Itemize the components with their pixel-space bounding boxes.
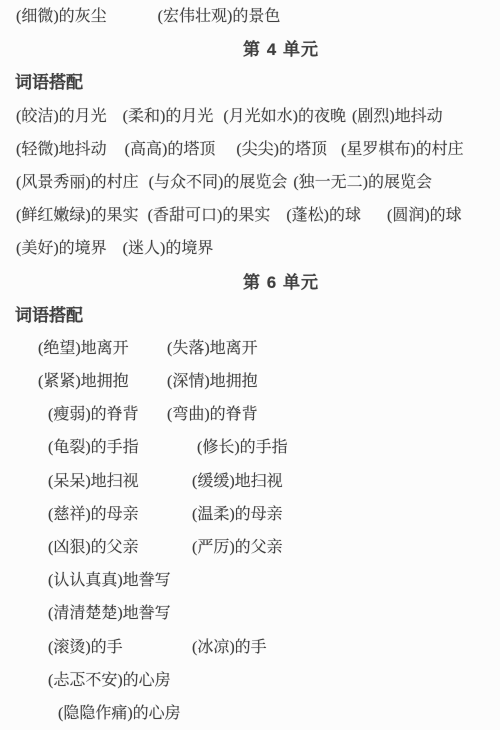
row-left: (绝望)地离开	[38, 332, 167, 365]
row-left: (忐忑不安)的心房	[48, 664, 171, 697]
collocation-item: (剧烈)地抖动	[352, 108, 443, 125]
collocation-row: (慈祥)的母亲(温柔)的母亲	[0, 498, 500, 531]
row-left: (龟裂)的手指	[48, 431, 197, 464]
row-right: (深情)地拥抱	[167, 373, 258, 390]
row-left: (认认真真)地誊写	[48, 564, 171, 597]
collocation-row: (清清楚楚)地誊写	[0, 597, 500, 630]
collocation-item: (鲜红嫩绿)的果实	[16, 207, 139, 224]
collocation-row: (凶狠)的父亲(严厉)的父亲	[0, 531, 500, 564]
collocation-row: (呆呆)地扫视(缓缓)地扫视	[0, 465, 500, 498]
collocation-line: (美好)的境界(迷人)的境界	[0, 232, 500, 265]
row-right: (弯曲)的脊背	[167, 406, 258, 423]
collocation-item: (柔和)的月光	[123, 108, 214, 125]
collocation-line: (轻微)地抖动(高高)的塔顶(尖尖)的塔顶(星罗棋布)的村庄	[0, 133, 500, 166]
collocation-row: (隐隐作痛)的心房	[0, 697, 500, 730]
collocation-row: (滚烫)的手(冰凉)的手	[0, 631, 500, 664]
collocation-line: (皎洁)的月光(柔和)的月光(月光如水)的夜晚(剧烈)地抖动	[0, 100, 500, 133]
unit-4-section-title: 词语搭配	[0, 66, 500, 99]
row-left: (慈祥)的母亲	[48, 498, 192, 531]
row-left: (清清楚楚)地誊写	[48, 597, 171, 630]
unit-6-section-title: 词语搭配	[0, 299, 500, 332]
row-right: (冰凉)的手	[192, 639, 267, 656]
collocation-item: (高高)的塔顶	[125, 141, 216, 158]
unit-4-heading: 第 4 单元	[62, 33, 500, 66]
row-left: (凶狠)的父亲	[48, 531, 192, 564]
collocation-item: (宏伟壮观)的景色	[158, 8, 281, 25]
collocation-line: (鲜红嫩绿)的果实(香甜可口)的果实(蓬松)的球(圆润)的球	[0, 199, 500, 232]
collocation-item: (轻微)地抖动	[16, 141, 107, 158]
unit-6-heading: 第 6 单元	[62, 266, 500, 299]
collocation-line: (细微)的灰尘(宏伟壮观)的景色	[0, 0, 500, 33]
document-page: (细微)的灰尘(宏伟壮观)的景色 第 4 单元 词语搭配 (皎洁)的月光(柔和)…	[0, 0, 500, 730]
collocation-row: (龟裂)的手指(修长)的手指	[0, 431, 500, 464]
collocation-item: (迷人)的境界	[123, 240, 214, 257]
row-left: (隐隐作痛)的心房	[58, 697, 181, 730]
row-right: (温柔)的母亲	[192, 506, 283, 523]
collocation-row: (忐忑不安)的心房	[0, 664, 500, 697]
row-right: (缓缓)地扫视	[192, 473, 283, 490]
row-right: (严厉)的父亲	[192, 539, 283, 556]
collocation-item: (月光如水)的夜晚	[223, 108, 346, 125]
collocation-item: (美好)的境界	[16, 240, 107, 257]
collocation-row: (认认真真)地誊写	[0, 564, 500, 597]
collocation-row: (紧紧)地拥抱(深情)地拥抱	[0, 365, 500, 398]
row-right: (修长)的手指	[197, 439, 288, 456]
collocation-row: (绝望)地离开(失落)地离开	[0, 332, 500, 365]
collocation-item: (圆润)的球	[387, 207, 462, 224]
collocation-item: (风景秀丽)的村庄	[16, 174, 139, 191]
collocation-item: (尖尖)的塔顶	[236, 141, 327, 158]
row-right: (失落)地离开	[167, 340, 258, 357]
collocation-line: (风景秀丽)的村庄(与众不同)的展览会(独一无二)的展览会	[0, 166, 500, 199]
collocation-item: (星罗棋布)的村庄	[341, 141, 464, 158]
collocation-item: (细微)的灰尘	[16, 8, 107, 25]
row-left: (紧紧)地拥抱	[38, 365, 167, 398]
row-left: (瘦弱)的脊背	[48, 398, 167, 431]
row-left: (呆呆)地扫视	[48, 465, 192, 498]
row-left: (滚烫)的手	[48, 631, 192, 664]
collocation-item: (独一无二)的展览会	[293, 174, 432, 191]
collocation-row: (瘦弱)的脊背(弯曲)的脊背	[0, 398, 500, 431]
collocation-item: (皎洁)的月光	[16, 108, 107, 125]
collocation-item: (与众不同)的展览会	[149, 174, 288, 191]
collocation-item: (蓬松)的球	[286, 207, 361, 224]
collocation-item: (香甜可口)的果实	[148, 207, 271, 224]
